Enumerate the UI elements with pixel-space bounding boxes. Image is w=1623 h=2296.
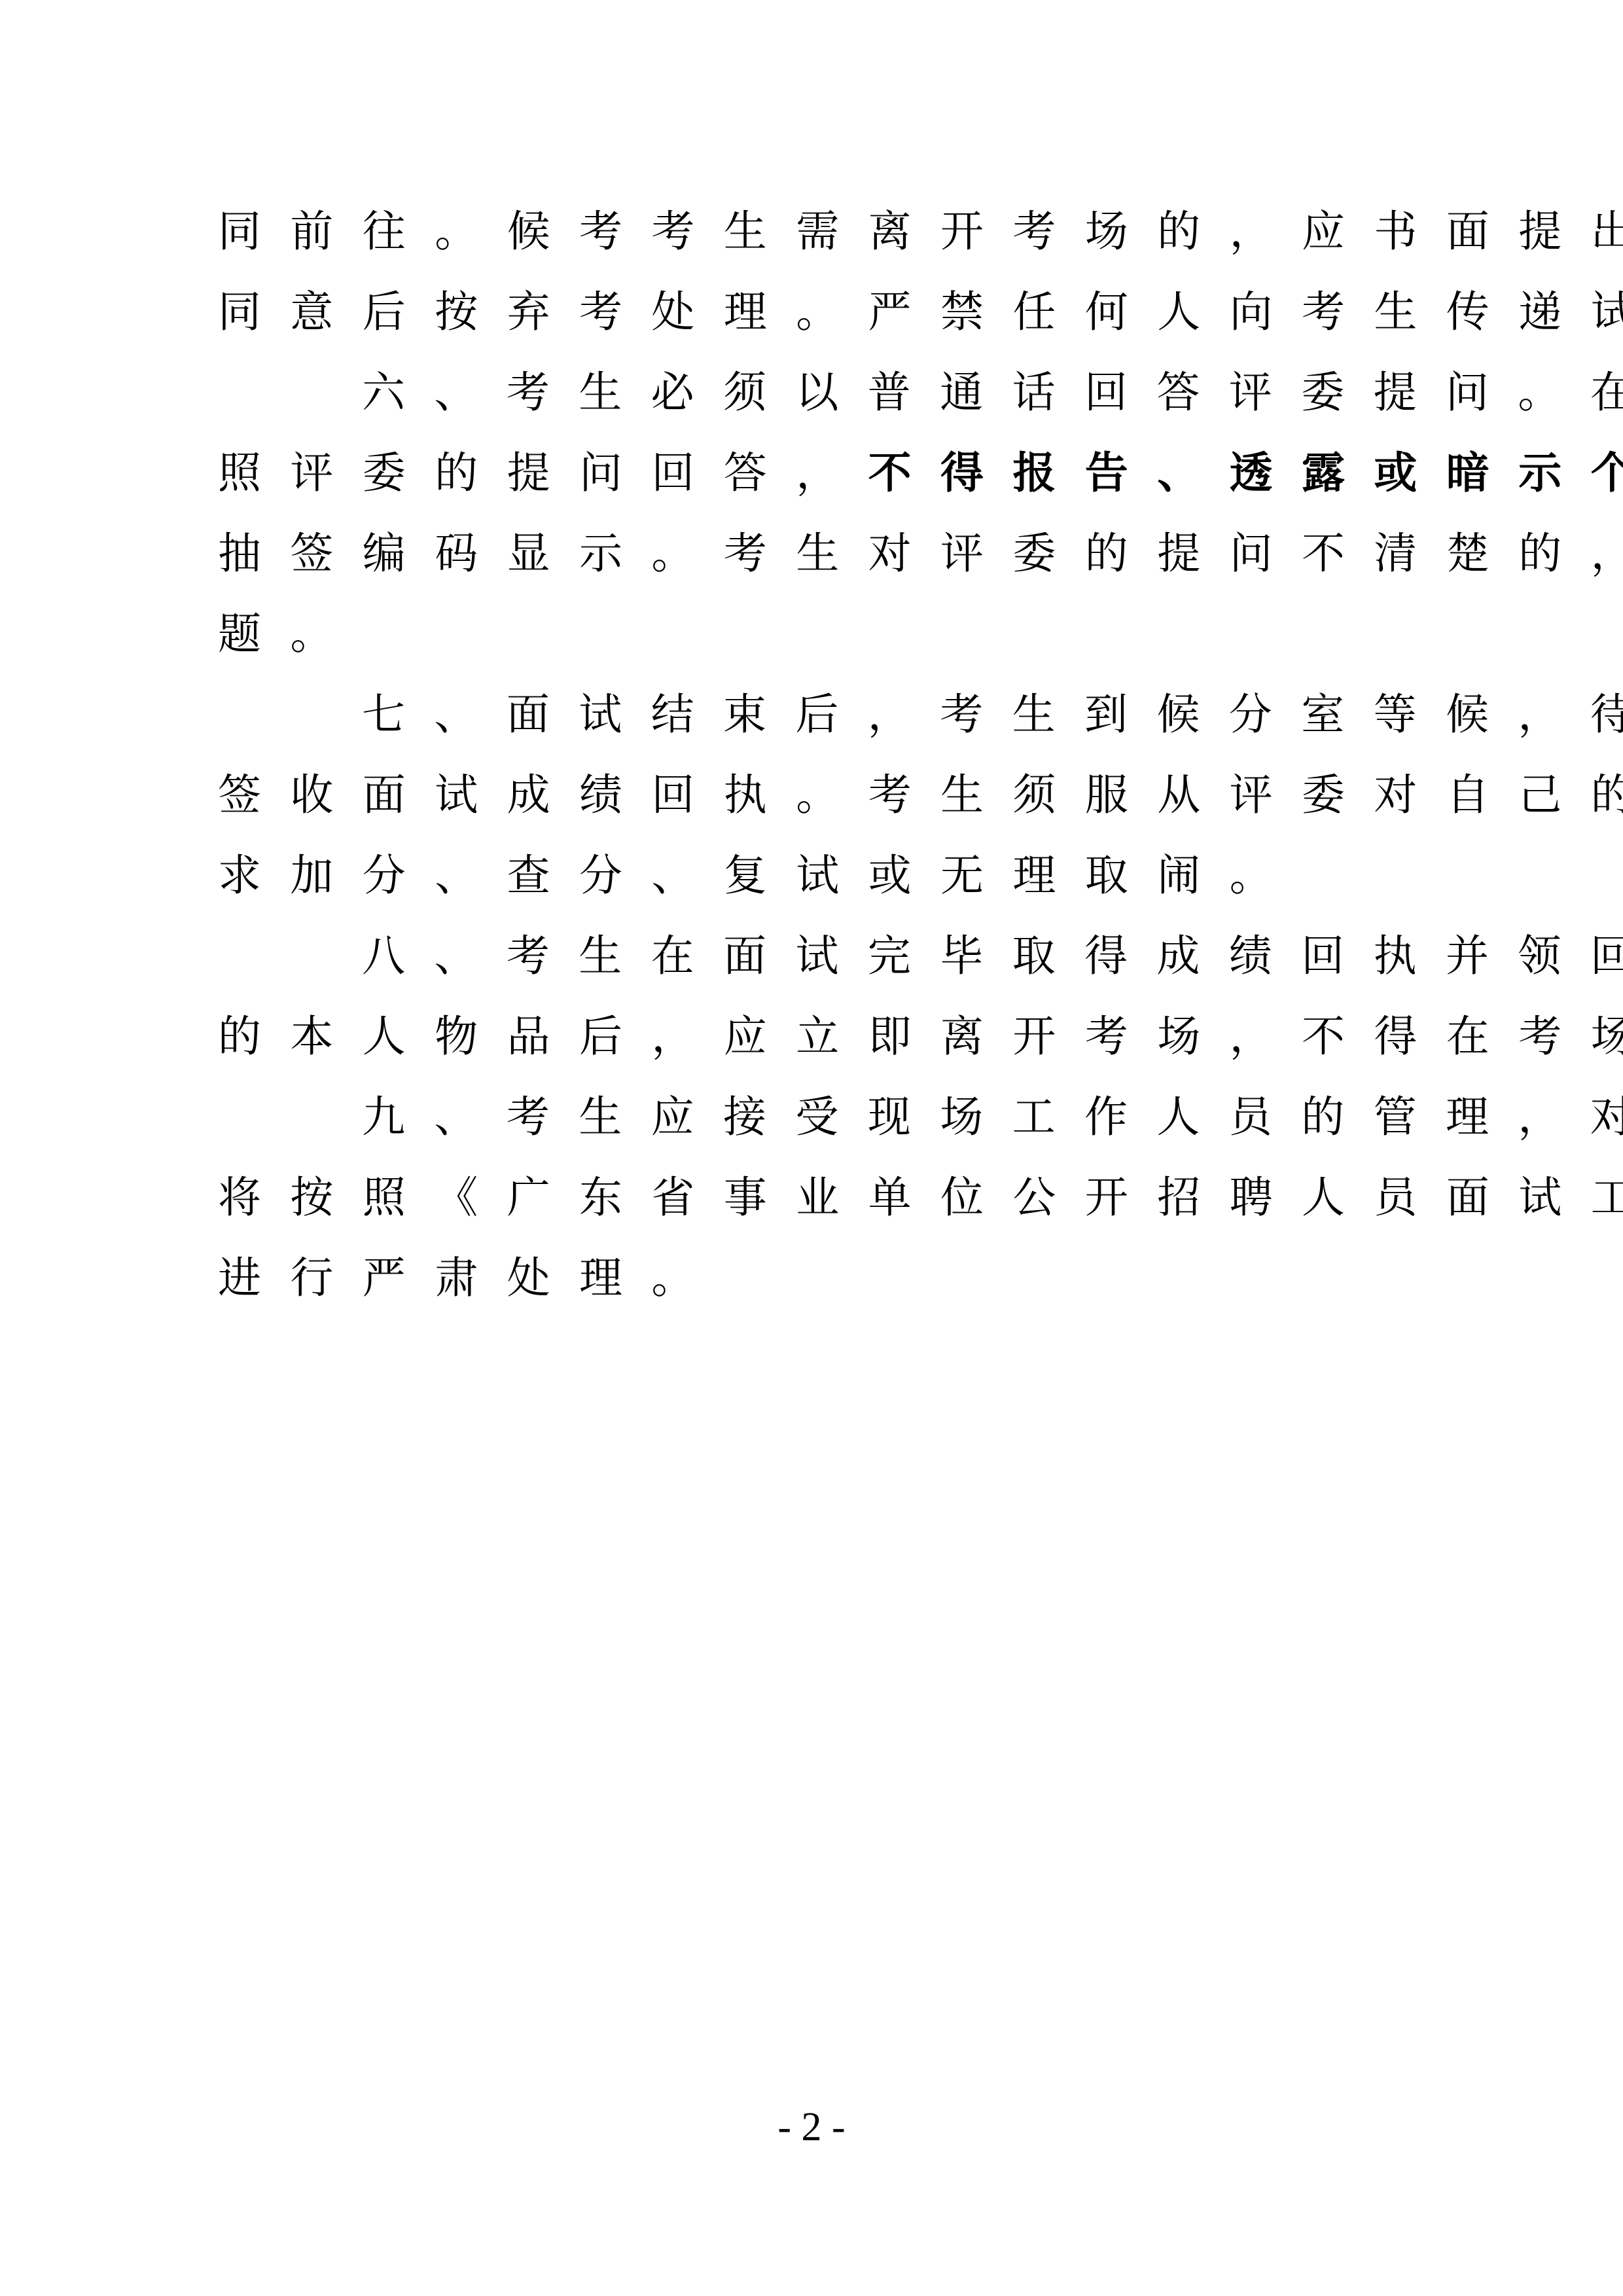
- text-segment: 将按照《广东省事业单位公开招聘人员面试工作规范（试行）》: [218, 1172, 1623, 1223]
- text-segment: 照评委的提问回答，: [218, 448, 868, 498]
- document-page: 同前往。候考考生需离开考场的，应书面提出申请，经考场主考 同意后按弃考处理。严禁…: [0, 0, 1623, 2296]
- text-line: 的本人物品后，应立即离开考场，不得在考场附近逗留。: [218, 996, 1448, 1077]
- text-segment: 进行严肃处理。: [218, 1253, 724, 1303]
- page-number: - 2 -: [0, 2094, 1623, 2160]
- text-line: 将按照《广东省事业单位公开招聘人员面试工作规范（试行）》: [218, 1157, 1448, 1238]
- text-line: 照评委的提问回答，不得报告、透露或暗示个人信息，其身份以: [218, 433, 1448, 513]
- text-line: 同前往。候考考生需离开考场的，应书面提出申请，经考场主考: [218, 191, 1448, 272]
- text-line: 求加分、查分、复试或无理取闹。: [218, 835, 1448, 916]
- paragraph-8-start: 八、考生在面试完毕取得成绩回执并领回交由工作人员保管: [218, 916, 1448, 996]
- text-segment: 的本人物品后，应立即离开考场，不得在考场附近逗留。: [218, 1011, 1623, 1062]
- text-line: 题。: [218, 594, 1448, 674]
- text-line: 签收面试成绩回执。考生须服从评委对自己的成绩评定，不得要: [218, 755, 1448, 835]
- text-segment: 同意后按弃考处理。严禁任何人向考生传递试题信息。: [218, 287, 1623, 337]
- text-line: 进行严肃处理。: [218, 1238, 1448, 1318]
- paragraph-7-start: 七、面试结束后，考生到候分室等候，待面试成绩统计完毕，: [218, 674, 1448, 755]
- text-segment: 抽签编码显示。考生对评委的提问不清楚的，可要求评委重新念: [218, 528, 1623, 579]
- document-body: 同前往。候考考生需离开考场的，应书面提出申请，经考场主考 同意后按弃考处理。严禁…: [218, 191, 1448, 1318]
- text-segment: 同前往。候考考生需离开考场的，应书面提出申请，经考场主考: [218, 206, 1623, 257]
- text-line: 抽签编码显示。考生对评委的提问不清楚的，可要求评委重新念: [218, 513, 1448, 594]
- text-segment: 九、考生应接受现场工作人员的管理，对违反面试规定的，: [362, 1092, 1623, 1142]
- text-segment: 题。: [218, 609, 363, 659]
- text-line: 同意后按弃考处理。严禁任何人向考生传递试题信息。: [218, 272, 1448, 352]
- text-segment: 签收面试成绩回执。考生须服从评委对自己的成绩评定，不得要: [218, 770, 1623, 820]
- text-segment: 七、面试结束后，考生到候分室等候，待面试成绩统计完毕，: [362, 689, 1623, 740]
- bold-emphasis-text: 不得报告、透露或暗示个人信息，: [868, 448, 1623, 498]
- text-segment: 求加分、查分、复试或无理取闹。: [218, 850, 1302, 901]
- paragraph-9-start: 九、考生应接受现场工作人员的管理，对违反面试规定的，: [218, 1077, 1448, 1157]
- paragraph-6-start: 六、考生必须以普通话回答评委提问。在面试中，应严格按: [218, 352, 1448, 433]
- text-segment: 八、考生在面试完毕取得成绩回执并领回交由工作人员保管: [362, 931, 1623, 981]
- text-segment: 六、考生必须以普通话回答评委提问。在面试中，应严格按: [362, 367, 1623, 418]
